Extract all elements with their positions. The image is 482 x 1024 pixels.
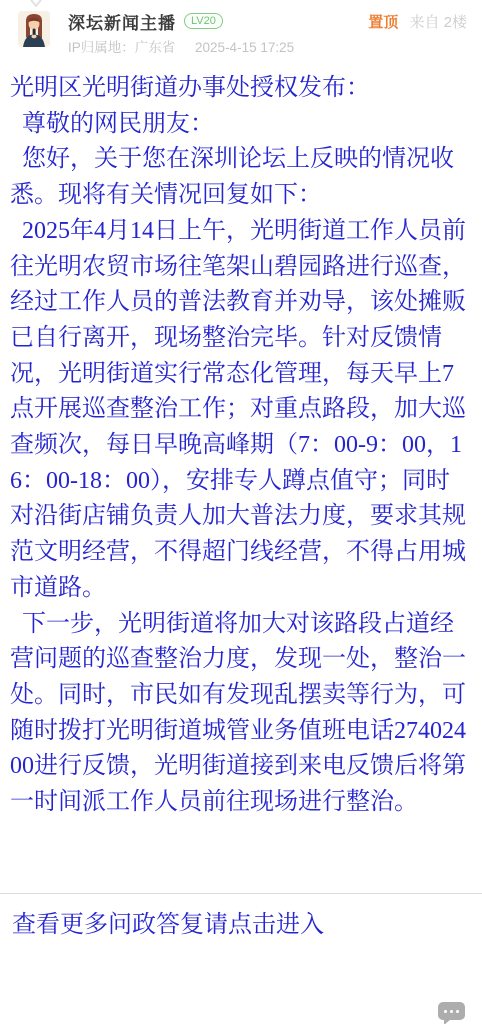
floor-label: 来自 2楼: [409, 14, 467, 31]
post-timestamp: 2025-4-15 17:25: [195, 40, 294, 55]
post-paragraph: 下一步，光明街道将加大对该路段占道经营问题的巡查整治力度，发现一处，整治一处。同…: [10, 607, 472, 821]
header-right: 置顶 来自 2楼: [368, 11, 467, 32]
name-row: 深坛新闻主播 LV20 置顶 来自 2楼: [68, 11, 467, 31]
ip-location-label: IP归属地：广东省: [68, 40, 175, 55]
post-paragraph: 光明区光明街道办事处授权发布：: [10, 71, 472, 107]
pinned-badge: 置顶: [368, 14, 398, 31]
post-paragraph: 2025年4月14日上午，光明街道工作人员前往光明农贸市场往笔架山碧园路进行巡查…: [10, 214, 472, 607]
post-body: 光明区光明街道办事处授权发布： 尊敬的网民朋友： 您好，关于您在深圳论坛上反映的…: [0, 71, 482, 821]
header-main: 深坛新闻主播 LV20 置顶 来自 2楼 IP归属地：广东省 2025-4-15…: [68, 11, 467, 50]
level-badge: LV20: [184, 13, 223, 29]
more-options-button[interactable]: [438, 1002, 465, 1020]
news-anchor-avatar-icon: [18, 11, 50, 47]
user-avatar[interactable]: [18, 11, 50, 47]
ellipsis-icon: [450, 1010, 453, 1013]
meta-row: IP归属地：广东省 2025-4-15 17:25: [68, 36, 467, 56]
forum-post-page: 深坛新闻主播 LV20 置顶 来自 2楼 IP归属地：广东省 2025-4-15…: [0, 0, 482, 1024]
chevron-down-icon[interactable]: [26, 0, 46, 9]
post-header: 深坛新闻主播 LV20 置顶 来自 2楼 IP归属地：广东省 2025-4-15…: [0, 0, 482, 50]
post-paragraph: 尊敬的网民朋友：: [10, 107, 472, 143]
username[interactable]: 深坛新闻主播: [68, 9, 176, 34]
more-replies-link[interactable]: 查看更多问政答复请点击进入: [0, 894, 482, 939]
post-paragraph: 您好，关于您在深圳论坛上反映的情况收悉。现将有关情况回复如下：: [10, 142, 472, 213]
